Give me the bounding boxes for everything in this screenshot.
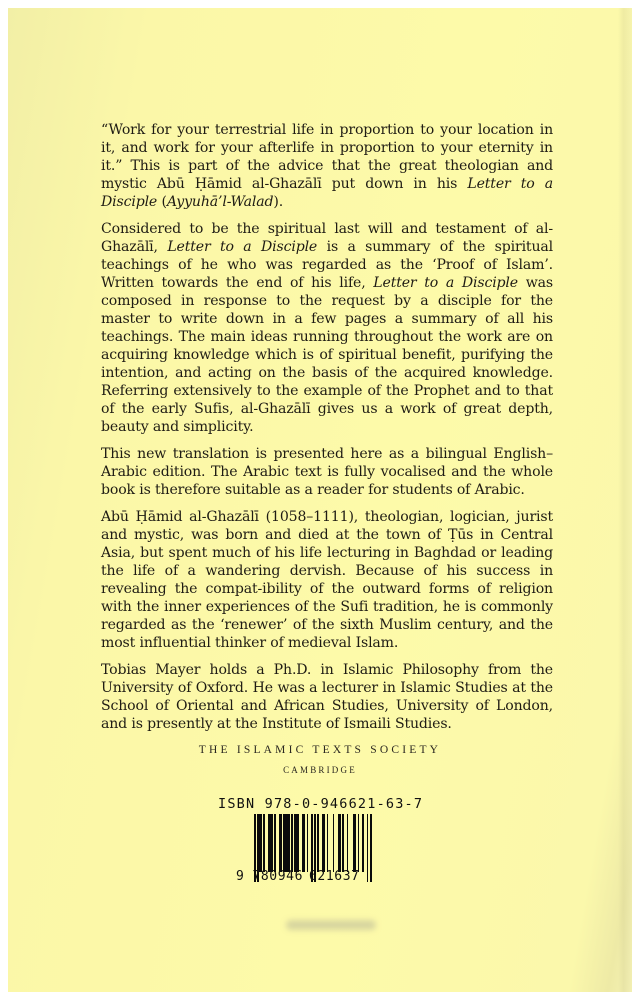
text-run: ( (157, 194, 167, 210)
barcode-digit-first: 9 (236, 869, 244, 884)
text-run: Tobias Mayer holds a Ph.D. in Islamic Ph… (101, 662, 553, 732)
barcode-digits-left: 780946 (252, 869, 303, 884)
text-run: ). (273, 194, 283, 210)
blurb-paragraph-summary: Considered to be the spiritual last will… (101, 220, 553, 436)
isbn-label: ISBN 978-0-946621-63-7 (218, 796, 442, 812)
text-run: was composed in response to the request … (101, 275, 553, 435)
publisher-imprint: THE ISLAMIC TEXTS SOCIETY CAMBRIDGE (8, 742, 632, 777)
blurb-paragraph-translator-bio: Tobias Mayer holds a Ph.D. in Islamic Ph… (101, 661, 553, 733)
blurb-paragraph-translation: This new translation is presented here a… (101, 445, 553, 499)
isbn-barcode-block: ISBN 978-0-946621-63-7 9780946621637 (218, 796, 442, 812)
blurred-website-url (286, 920, 376, 930)
italic-title: Ayyuhā’l-Walad (167, 194, 274, 210)
barcode-digits-right: 621637 (309, 869, 360, 884)
text-run: This new translation is presented here a… (101, 446, 553, 498)
barcode-digits: 9780946621637 (236, 869, 360, 884)
publisher-city: CAMBRIDGE (8, 763, 632, 777)
blurb-paragraph-author-bio: Abū Ḥāmid al-Ghazālī (1058–1111), theolo… (101, 508, 553, 652)
text-run: Abū Ḥāmid al-Ghazālī (1058–1111), theolo… (101, 509, 553, 651)
publisher-name: THE ISLAMIC TEXTS SOCIETY (8, 742, 632, 758)
blurb-paragraph-quote: “Work for your terrestrial life in propo… (101, 121, 553, 211)
blurb-text: “Work for your terrestrial life in propo… (101, 121, 553, 742)
italic-title: Letter to a Disciple (167, 239, 317, 255)
book-back-cover: “Work for your terrestrial life in propo… (8, 8, 632, 992)
italic-title: Letter to a Disciple (373, 275, 518, 291)
